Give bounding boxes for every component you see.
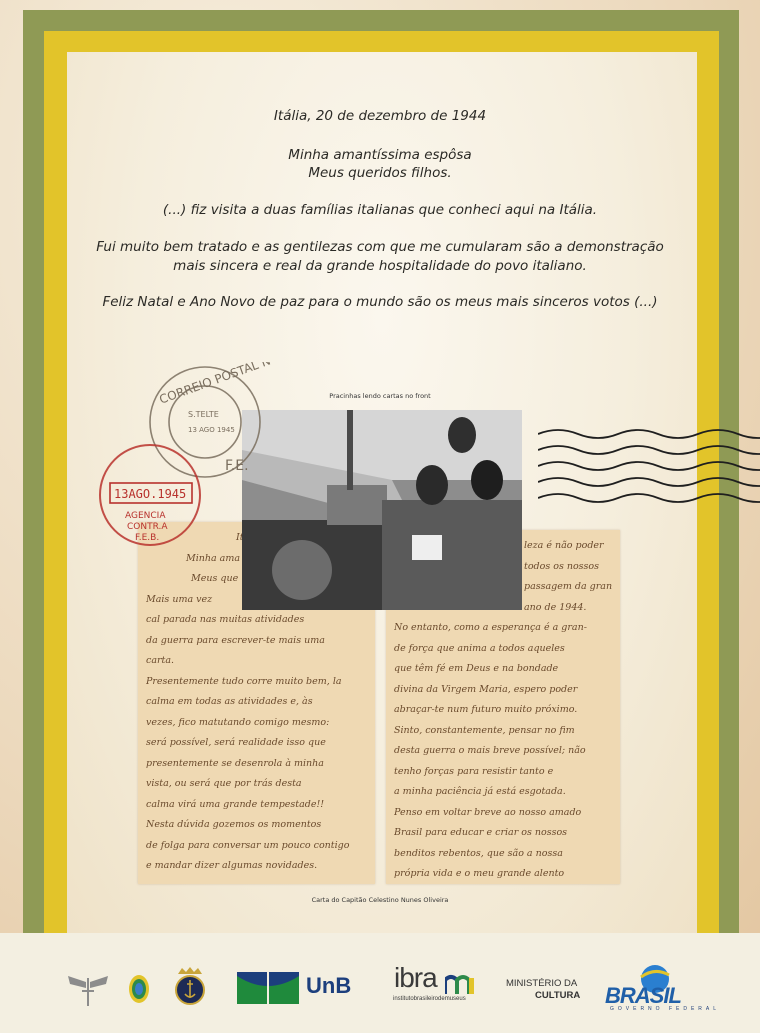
letter-salutation-wife: Minha amantíssima espôsa <box>90 145 670 165</box>
navy-anchor-icon <box>174 966 206 1008</box>
minc-line-2: CULTURA <box>535 990 580 1001</box>
brasil-subtitle: GOVERNO FEDERAL <box>610 1006 720 1012</box>
letter-paragraph-hospitality-1: Fui muito bem tratado e as gentilezas co… <box>90 237 670 257</box>
air-force-wings-icon <box>66 972 110 1008</box>
svg-text:F.E.B.: F.E.B. <box>135 533 159 543</box>
letter-paragraph-hospitality-2: mais sincera e real da grande hospitalid… <box>90 256 670 276</box>
svg-text:13 AGO 1945: 13 AGO 1945 <box>188 426 235 434</box>
unb-wordmark: UnB <box>306 973 351 999</box>
svg-text:CONTR.A: CONTR.A <box>127 522 168 532</box>
svg-text:S.TELTE: S.TELTE <box>188 410 219 419</box>
handwritten-letter-caption: Carta do Capitão Celestino Nunes Oliveir… <box>290 896 470 904</box>
svg-text:AGENCIA: AGENCIA <box>125 511 166 521</box>
letter-salutation-children: Meus queridos filhos. <box>90 163 670 183</box>
minc-line-1: MINISTÉRIO DA <box>506 978 577 989</box>
svg-text:13AGO.1945: 13AGO.1945 <box>114 487 186 501</box>
letter-paragraph-wishes: Feliz Natal e Ano Novo de paz para o mun… <box>90 292 670 312</box>
ibram-wordmark: ibra <box>394 962 437 994</box>
postal-cancellation-waves-icon <box>538 428 760 508</box>
red-agency-stamp-icon: 13AGO.1945 AGENCIA CONTR.A F.E.B. <box>95 440 210 550</box>
svg-text:F.E.: F.E. <box>225 458 249 474</box>
letter-place-date: Itália, 20 de dezembro de 1944 <box>90 106 670 126</box>
soldiers-photo <box>242 410 522 610</box>
letter-paragraph-visit: (...) fiz visita a duas famílias italian… <box>90 200 670 220</box>
army-emblem-icon <box>127 970 151 1008</box>
photo-caption: Pracinhas lendo cartas no front <box>290 392 470 400</box>
ibram-logo-icon <box>445 974 475 994</box>
ibram-subtitle: institutobrasileirodemuseus <box>393 996 466 1002</box>
unb-logo-icon <box>237 972 299 1004</box>
